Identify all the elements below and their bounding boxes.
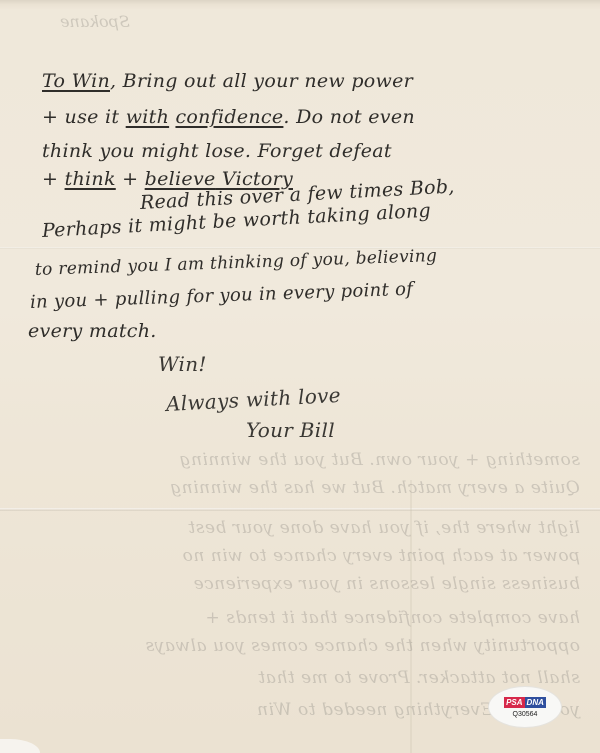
line-text: +: [42, 168, 65, 190]
underlined-word: believe: [145, 168, 216, 190]
bleed-through-line: business single lessons in your experien…: [40, 574, 580, 594]
letter-line-3: think you might lose. Forget defeat: [42, 140, 392, 162]
bleed-through-line: Quite a every match. But we has the winn…: [40, 478, 580, 498]
fold-crease-middle: [0, 508, 600, 511]
line-text: think you might lose. Forget defeat: [42, 140, 392, 162]
faint-header: Spokane: [60, 12, 130, 31]
authentication-sticker: PSA DNA Q30564: [488, 686, 562, 728]
bleed-through-line: have complete confidence that it tends +: [40, 608, 580, 628]
line-text: +: [116, 168, 145, 190]
dna-logo: DNA: [525, 697, 546, 708]
bleed-through-line: power at each point every chance to win …: [40, 546, 580, 566]
letter-line-1: To Win, Bring out all your new power: [42, 70, 413, 92]
underlined-word: confidence: [175, 106, 283, 128]
line-text: , Bring out all your new power: [110, 70, 413, 92]
psa-logo: PSA: [504, 697, 524, 708]
bleed-through-line: light where the, if you have done your b…: [40, 518, 580, 538]
signature: Your Bill: [246, 418, 335, 442]
underlined-word: To Win: [42, 70, 110, 92]
line-text: . Do not even: [283, 106, 415, 128]
bleed-through-line: opportunity when the chance comes you al…: [40, 636, 580, 656]
underlined-word: think: [65, 168, 116, 190]
underlined-word: with: [126, 106, 169, 128]
closing-exclamation: Win!: [158, 352, 207, 376]
line-text: + use it: [42, 106, 126, 128]
line-text: every match.: [28, 320, 157, 342]
letter-line-9: every match.: [28, 320, 157, 342]
fold-crease-upper: [0, 247, 600, 249]
bleed-through-line: shall not attacker. Prove to me that: [40, 668, 580, 688]
psa-dna-logo: PSA DNA: [504, 697, 546, 708]
bleed-through-line: something + your own. But you the winnin…: [40, 450, 580, 470]
letter-line-2: + use it with confidence. Do not even: [42, 106, 415, 128]
certificate-number: Q30564: [513, 711, 538, 718]
